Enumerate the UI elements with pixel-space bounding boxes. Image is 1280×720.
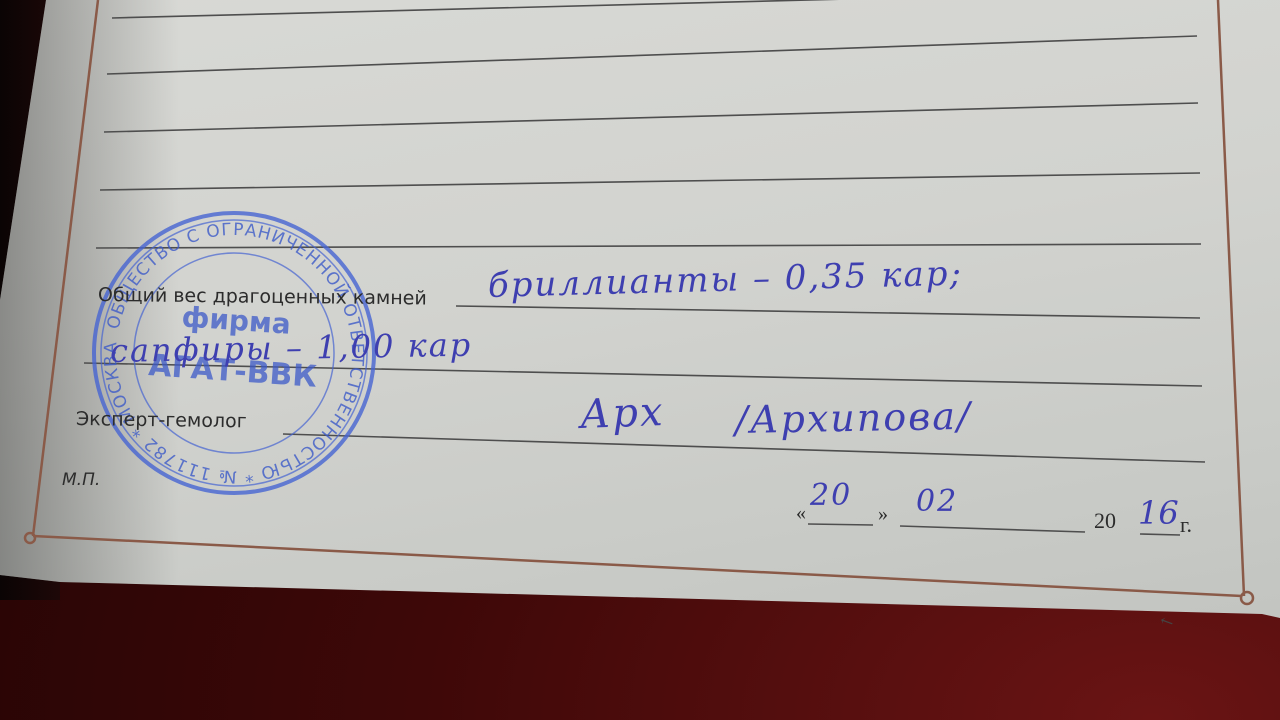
frame-corner-left xyxy=(25,533,35,543)
gem-weight-label: Общий вес драгоценных камней xyxy=(98,284,427,309)
expert-label: Эксперт-гемолог xyxy=(76,408,247,432)
frame-right-border xyxy=(1218,0,1244,596)
seal-label: М.П. xyxy=(62,470,100,490)
frame-bottom-border xyxy=(33,536,1242,596)
expert-name: /Архипова/ xyxy=(735,394,972,442)
gem-weight-line2: сапфиры – 1,00 кар xyxy=(110,326,473,370)
date-close-quote: » xyxy=(878,503,888,526)
date-year-unit: г. xyxy=(1180,512,1192,538)
date-day: 20 xyxy=(810,478,852,513)
frame-corner-right xyxy=(1241,592,1253,604)
date-year-prefix: 20 xyxy=(1094,508,1116,534)
date-year-suffix: 16 xyxy=(1138,494,1179,532)
date-month: 02 xyxy=(916,484,958,519)
expert-signature: Арх xyxy=(579,389,665,438)
date-open-quote: « xyxy=(796,502,806,525)
